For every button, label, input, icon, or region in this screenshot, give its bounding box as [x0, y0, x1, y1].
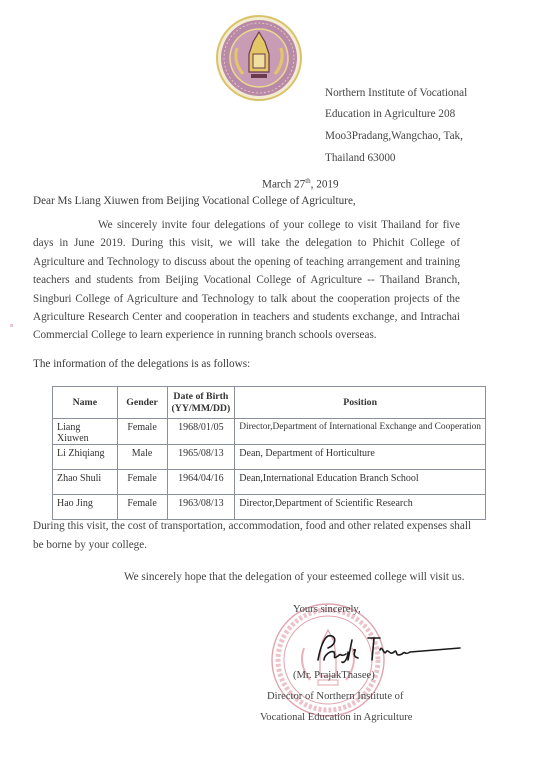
header-name: Name: [53, 387, 118, 419]
body-paragraph: We sincerely invite four delegations of …: [33, 216, 460, 345]
table-row: Liang Xiuwen Female 1968/01/05 Director,…: [53, 419, 486, 445]
cell-name: Zhao Shuli: [53, 470, 118, 495]
cell-position: Director,Department of Scientific Resear…: [235, 495, 486, 520]
cell-name: Li Zhiqiang: [53, 445, 118, 470]
cell-dob: 1965/08/13: [167, 445, 235, 470]
cell-dob: 1963/08/13: [167, 495, 235, 520]
signatory-title-line-1: Director of Northern Institute of: [267, 691, 404, 702]
header-dob-line2: (YY/MM/DD): [172, 403, 231, 414]
cell-position: Dean, Department of Horticulture: [235, 445, 486, 470]
cost-paragraph: During this visit, the cost of transport…: [33, 517, 473, 554]
signatory-name: (Mr. PrajakThasee): [293, 670, 375, 681]
sender-address-line-2: Education in Agriculture 208: [325, 108, 455, 120]
cell-position: Dean,International Education Branch Scho…: [235, 470, 486, 495]
cell-name: Liang Xiuwen: [53, 419, 118, 445]
cell-gender: Female: [117, 470, 167, 495]
handwritten-signature: [310, 630, 480, 670]
table-row: Li Zhiqiang Male 1965/08/13 Dean, Depart…: [53, 445, 486, 470]
cell-gender: Male: [117, 445, 167, 470]
signature-block: Yours sincerely, (Mr. PrajakThasee) Dire…: [260, 600, 460, 740]
cell-gender: Female: [117, 495, 167, 520]
header-position: Position: [235, 387, 486, 419]
date-month-day: March 27: [262, 179, 305, 191]
delegation-table: Name Gender Date of Birth(YY/MM/DD) Posi…: [52, 386, 486, 520]
cell-dob: 1964/04/16: [167, 470, 235, 495]
letter-date: March 27th, 2019: [262, 177, 339, 191]
cell-position: Director,Department of International Exc…: [235, 419, 486, 445]
salutation: Dear Ms Liang Xiuwen from Beijing Vocati…: [33, 195, 356, 207]
table-header-row: Name Gender Date of Birth(YY/MM/DD) Posi…: [53, 387, 486, 419]
sender-address-line-3: Moo3Pradang,Wangchao, Tak,: [325, 130, 463, 142]
cell-name: Hao Jing: [53, 495, 118, 520]
header-dob: Date of Birth(YY/MM/DD): [167, 387, 235, 419]
signatory-title-line-2: Vocational Education in Agriculture: [260, 712, 413, 723]
header-dob-line1: Date of Birth: [173, 391, 228, 402]
sender-address-line-4: Thailand 63000: [325, 152, 396, 164]
header-gender: Gender: [117, 387, 167, 419]
scan-speck: [10, 324, 13, 327]
institute-emblem-icon: [213, 14, 305, 102]
cell-dob: 1968/01/05: [167, 419, 235, 445]
table-row: Hao Jing Female 1963/08/13 Director,Depa…: [53, 495, 486, 520]
closing-hope: We sincerely hope that the delegation of…: [124, 571, 465, 583]
table-intro: The information of the delegations is as…: [33, 358, 250, 370]
date-year: , 2019: [311, 179, 339, 191]
sender-address-line-1: Northern Institute of Vocational: [325, 87, 467, 99]
cell-gender: Female: [117, 419, 167, 445]
closing-yours-sincerely: Yours sincerely,: [293, 604, 361, 615]
table-row: Zhao Shuli Female 1964/04/16 Dean,Intern…: [53, 470, 486, 495]
